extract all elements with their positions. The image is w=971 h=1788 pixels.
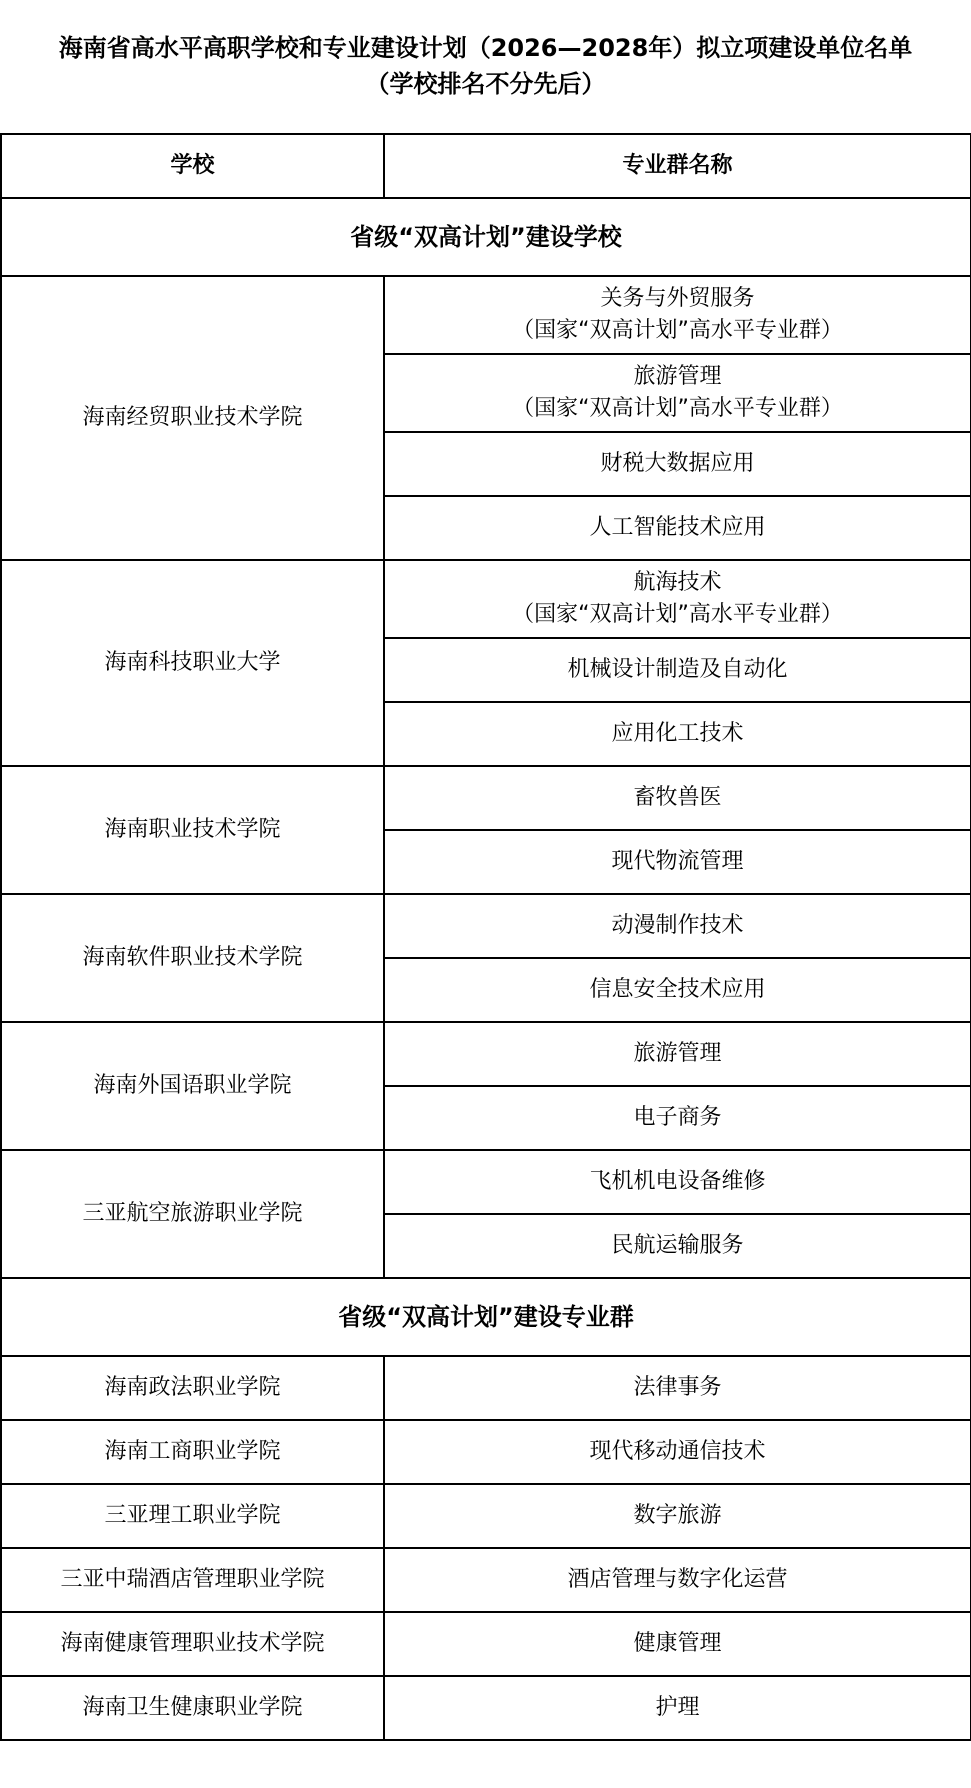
- school-name: 海南卫生健康职业学院: [1, 1676, 384, 1740]
- header-school: 学校: [1, 134, 384, 198]
- major-group-name: 财税大数据应用: [384, 432, 971, 496]
- major-group-name: 关务与外贸服务: [391, 283, 964, 315]
- major-group-name: 人工智能技术应用: [384, 496, 971, 560]
- table-row: 三亚中瑞酒店管理职业学院 酒店管理与数字化运营: [1, 1548, 971, 1612]
- title-line-2: （学校排名不分先后）: [0, 66, 971, 102]
- table-row: 三亚理工职业学院 数字旅游: [1, 1484, 971, 1548]
- table-row: 海南经贸职业技术学院 关务与外贸服务 （国家“双高计划”高水平专业群）: [1, 276, 971, 354]
- school-name: 海南软件职业技术学院: [1, 894, 384, 1022]
- major-group-name: 应用化工技术: [384, 702, 971, 766]
- major-group-name: 酒店管理与数字化运营: [384, 1548, 971, 1612]
- table-row: 海南卫生健康职业学院 护理: [1, 1676, 971, 1740]
- table-row: 海南外国语职业学院 旅游管理: [1, 1022, 971, 1086]
- school-list-table: 学校 专业群名称 省级“双高计划”建设学校 海南经贸职业技术学院 关务与外贸服务…: [0, 133, 971, 1741]
- major-group-name: 法律事务: [384, 1356, 971, 1420]
- table-row: 海南工商职业学院 现代移动通信技术: [1, 1420, 971, 1484]
- section-label: 省级“双高计划”建设学校: [1, 198, 971, 276]
- table-header-row: 学校 专业群名称: [1, 134, 971, 198]
- major-group-note: （国家“双高计划”高水平专业群）: [391, 393, 964, 425]
- table-row: 三亚航空旅游职业学院 飞机机电设备维修: [1, 1150, 971, 1214]
- major-group-name: 数字旅游: [384, 1484, 971, 1548]
- section-label: 省级“双高计划”建设专业群: [1, 1278, 971, 1356]
- major-group-name: 机械设计制造及自动化: [384, 638, 971, 702]
- major-group-name: 动漫制作技术: [384, 894, 971, 958]
- school-name: 三亚理工职业学院: [1, 1484, 384, 1548]
- header-major-group: 专业群名称: [384, 134, 971, 198]
- major-group-name: 旅游管理: [391, 361, 964, 393]
- title-line-1: 海南省高水平高职学校和专业建设计划（2026—2028年）拟立项建设单位名单: [0, 30, 971, 66]
- major-group-cell: 关务与外贸服务 （国家“双高计划”高水平专业群）: [384, 276, 971, 354]
- major-group-name: 护理: [384, 1676, 971, 1740]
- major-group-name: 航海技术: [391, 567, 964, 599]
- table-row: 海南健康管理职业技术学院 健康管理: [1, 1612, 971, 1676]
- table-row: 海南政法职业学院 法律事务: [1, 1356, 971, 1420]
- major-group-name: 健康管理: [384, 1612, 971, 1676]
- major-group-name: 旅游管理: [384, 1022, 971, 1086]
- school-name: 海南工商职业学院: [1, 1420, 384, 1484]
- table-row: 海南科技职业大学 航海技术 （国家“双高计划”高水平专业群）: [1, 560, 971, 638]
- school-name: 三亚航空旅游职业学院: [1, 1150, 384, 1278]
- major-group-note: （国家“双高计划”高水平专业群）: [391, 315, 964, 347]
- major-group-name: 畜牧兽医: [384, 766, 971, 830]
- major-group-name: 电子商务: [384, 1086, 971, 1150]
- school-name: 海南科技职业大学: [1, 560, 384, 766]
- major-group-name: 信息安全技术应用: [384, 958, 971, 1022]
- major-group-note: （国家“双高计划”高水平专业群）: [391, 599, 964, 631]
- table-row: 海南职业技术学院 畜牧兽医: [1, 766, 971, 830]
- major-group-cell: 旅游管理 （国家“双高计划”高水平专业群）: [384, 354, 971, 432]
- section-row: 省级“双高计划”建设专业群: [1, 1278, 971, 1356]
- school-name: 海南政法职业学院: [1, 1356, 384, 1420]
- major-group-cell: 航海技术 （国家“双高计划”高水平专业群）: [384, 560, 971, 638]
- table-row: 海南软件职业技术学院 动漫制作技术: [1, 894, 971, 958]
- major-group-name: 飞机机电设备维修: [384, 1150, 971, 1214]
- school-name: 海南外国语职业学院: [1, 1022, 384, 1150]
- major-group-name: 现代物流管理: [384, 830, 971, 894]
- section-row: 省级“双高计划”建设学校: [1, 198, 971, 276]
- major-group-name: 现代移动通信技术: [384, 1420, 971, 1484]
- major-group-name: 民航运输服务: [384, 1214, 971, 1278]
- document-title: 海南省高水平高职学校和专业建设计划（2026—2028年）拟立项建设单位名单 （…: [0, 30, 971, 102]
- school-name: 三亚中瑞酒店管理职业学院: [1, 1548, 384, 1612]
- school-name: 海南经贸职业技术学院: [1, 276, 384, 560]
- school-name: 海南职业技术学院: [1, 766, 384, 894]
- school-name: 海南健康管理职业技术学院: [1, 1612, 384, 1676]
